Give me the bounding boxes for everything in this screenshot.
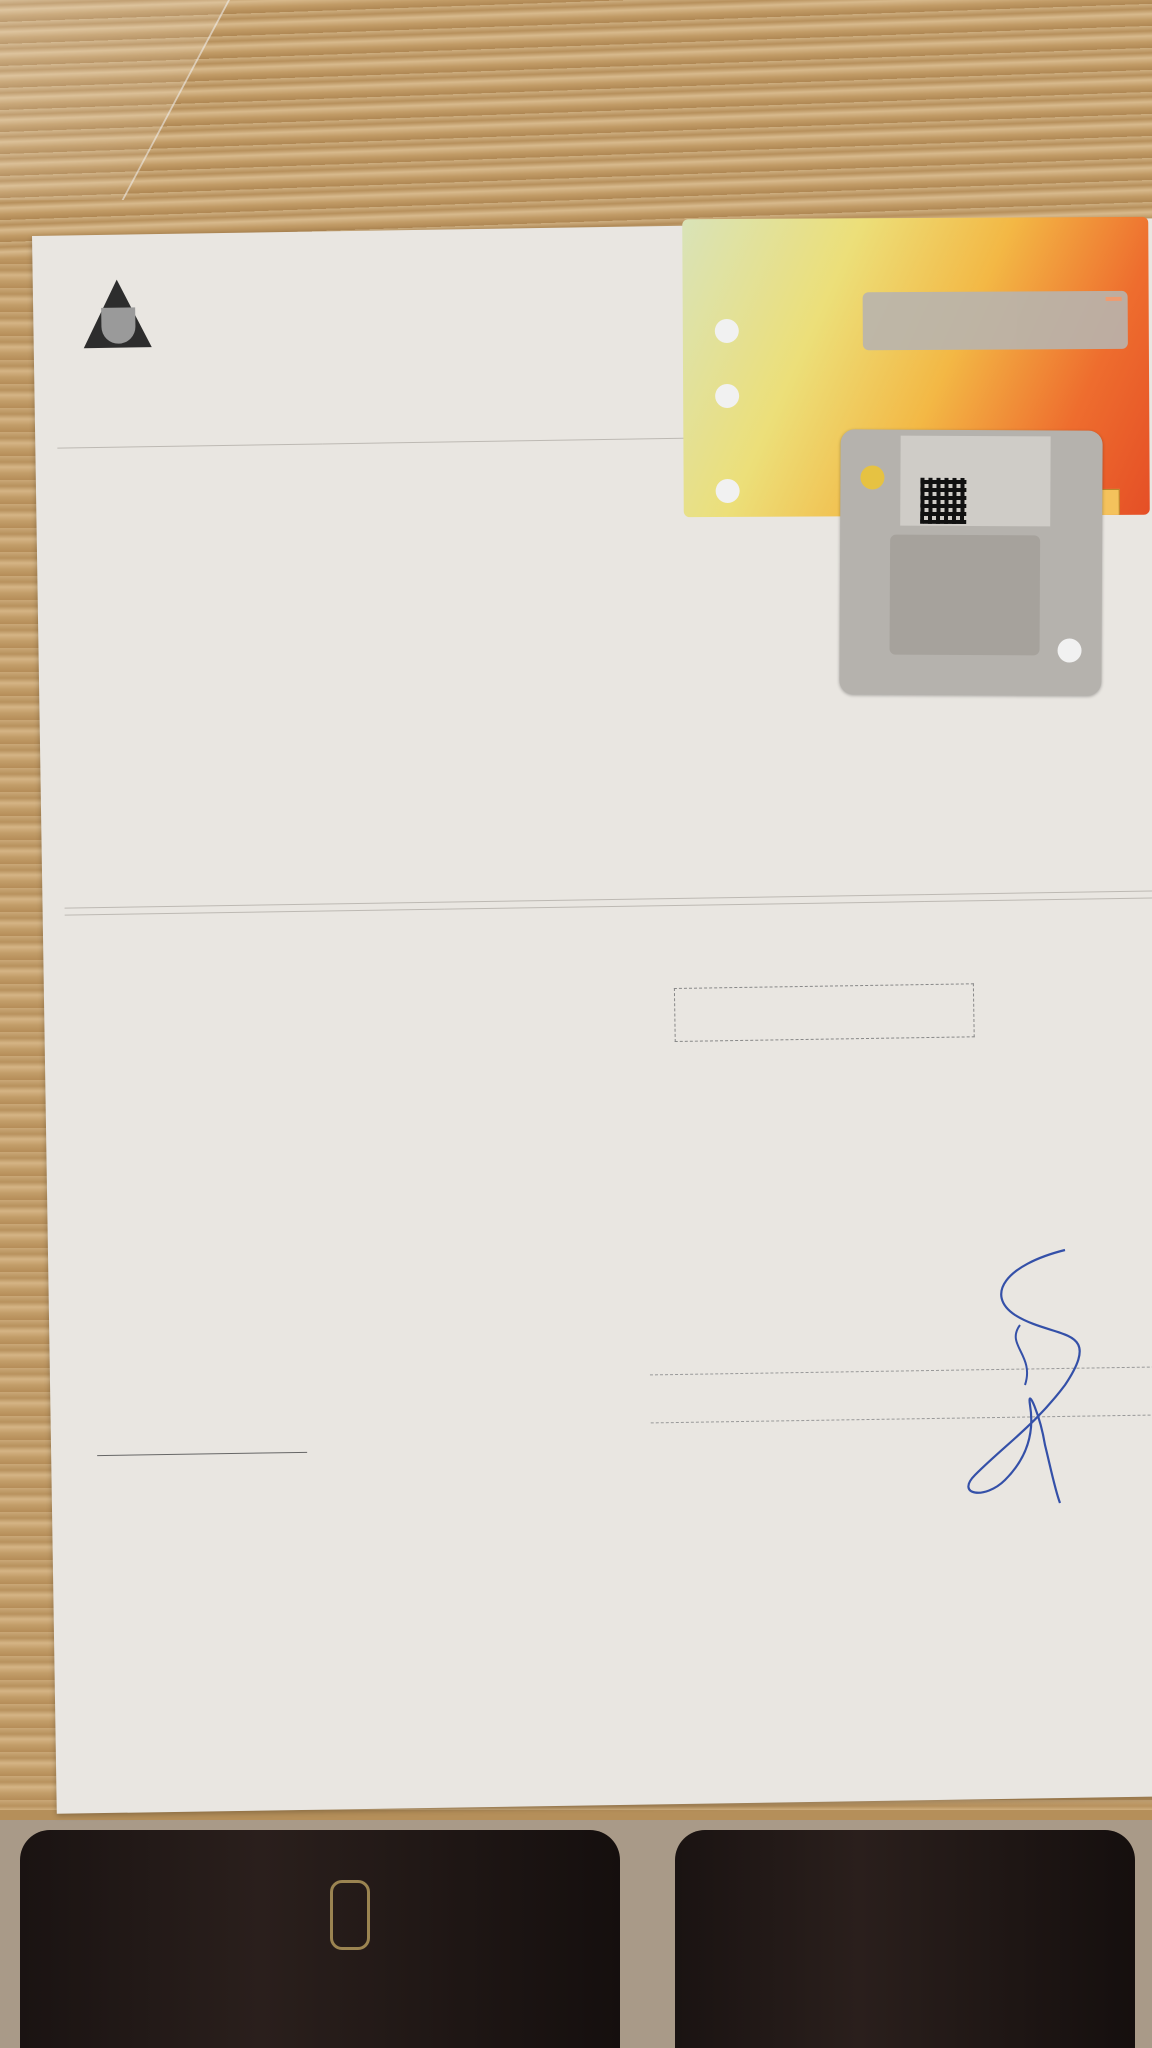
talon-bottom-last (1100, 489, 1120, 517)
sticker-punch-hole (860, 465, 884, 489)
handwritten-signature (945, 1245, 1115, 1505)
sticker-placeholder-box (674, 983, 975, 1042)
declaration (69, 1148, 1152, 1165)
declaration-line-2 (69, 1148, 1152, 1165)
company-logo (83, 279, 162, 350)
hologram-panel (863, 291, 1128, 350)
sticker-box-line-1 (681, 990, 967, 994)
dark-jacket-left (20, 1830, 620, 2048)
sticker-punch-hole (1057, 638, 1081, 662)
qr-code-icon (920, 478, 966, 524)
dark-jacket-right (675, 1830, 1135, 2048)
zipper-pull (330, 1880, 370, 1950)
bg-emblem (890, 535, 1041, 656)
hologram-number (1106, 297, 1122, 301)
agency-table (651, 1054, 1152, 1062)
installments-table (66, 984, 666, 993)
intermediary-table (67, 1066, 647, 1075)
punch-hole (715, 384, 739, 408)
punch-hole (715, 319, 739, 343)
punch-hole (716, 479, 740, 503)
vehicle-table-right (603, 553, 873, 557)
declaration-intro (69, 1148, 1152, 1165)
vehicle-table-left (59, 575, 599, 583)
declaration-line-1 (69, 1148, 1152, 1165)
armeec-logo-icon (83, 279, 154, 350)
declaration-line-3 (69, 1148, 1152, 1165)
guarantee-fund-sticker (839, 429, 1102, 695)
insured-table (57, 437, 707, 471)
sticker-box-line-2 (681, 990, 967, 994)
insured-signature-line (97, 1452, 307, 1456)
sticker-box-line-3 (681, 990, 967, 994)
risks-table (65, 890, 1152, 921)
